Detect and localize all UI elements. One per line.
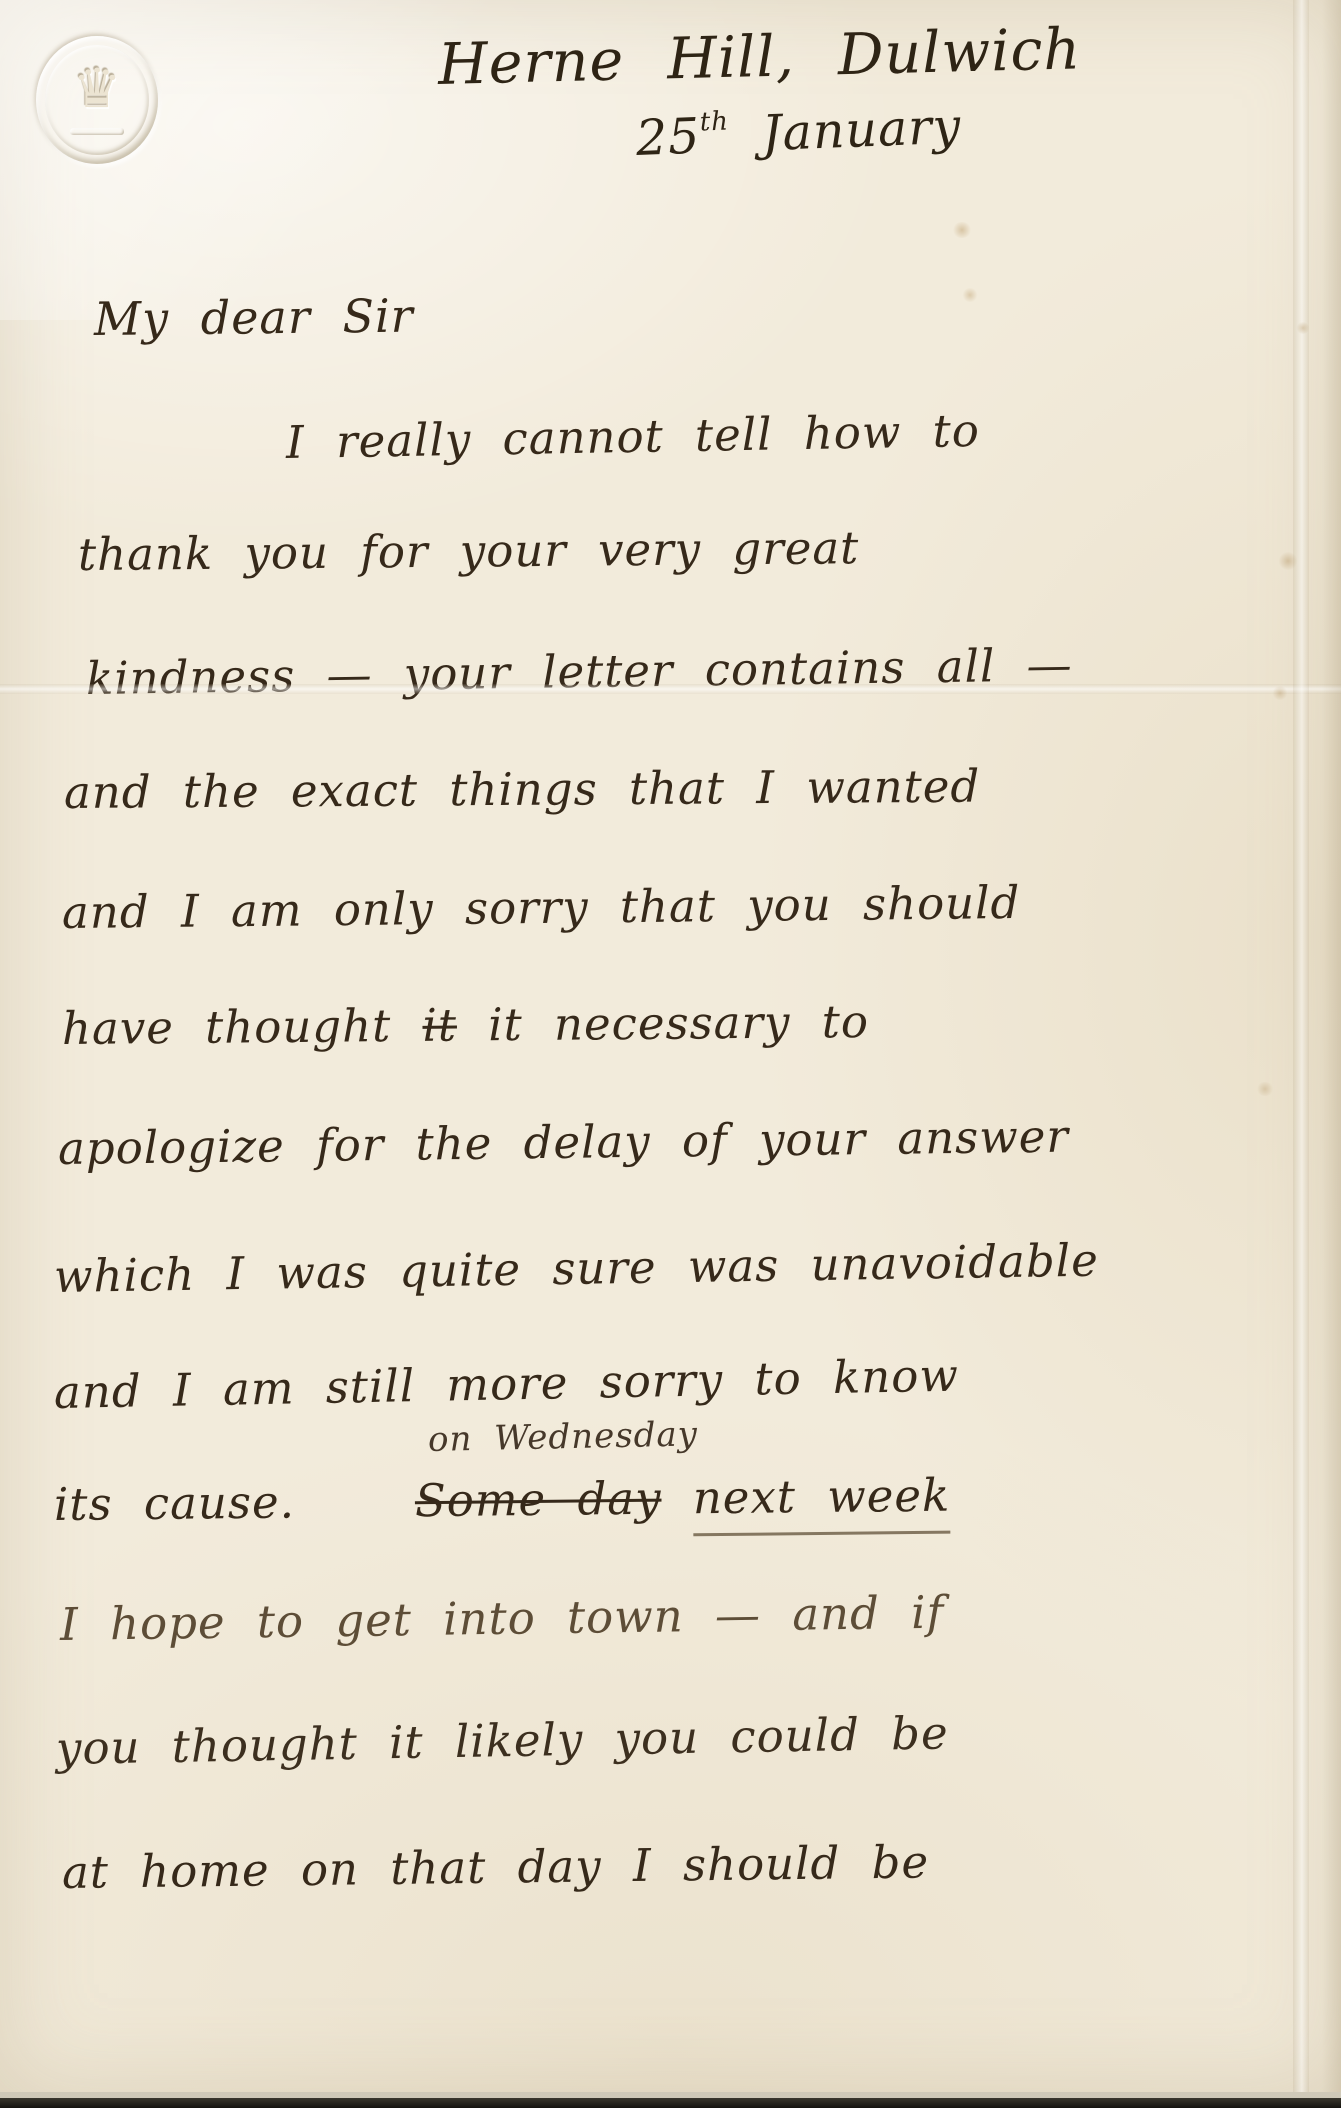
letter-line-12: you thought it likely you could be [56, 1706, 950, 1775]
foxing-spot [1296, 322, 1310, 334]
date-month: January [761, 98, 962, 163]
letter-line-3: kindness — your letter contains all — [86, 638, 1073, 705]
line-text: have thought [62, 999, 423, 1055]
line-text: it necessary to [457, 995, 869, 1052]
line-text: its cause. [54, 1475, 295, 1531]
foxing-spot [1256, 1082, 1274, 1096]
letter-line-7: apologize for the delay of your answer [58, 1110, 1070, 1175]
letter-line-11: I hope to get into town — and if [60, 1586, 945, 1651]
right-edge-shading [1322, 0, 1341, 2092]
letter-line-8: which I was quite sure was unavoidable [54, 1234, 1100, 1303]
foxing-spot [1272, 686, 1288, 700]
letter-line-6: have thought it it necessary to [62, 995, 869, 1055]
letter-line-5: and I am only sorry that you should [62, 876, 1021, 939]
letter-line-1: I really cannot tell how to [286, 404, 981, 469]
struck-word: it [422, 999, 457, 1052]
vertical-fold-crease [1293, 0, 1309, 2092]
crown-icon: ♛ [36, 62, 158, 116]
embossed-seal: ♛ [36, 36, 158, 164]
salutation: My dear Sir [94, 289, 414, 346]
foxing-spot [1278, 552, 1298, 570]
letter-paper: ♛ Herne Hill, Dulwich 25th January My de… [0, 0, 1341, 2092]
letter-line-9: and I am still more sorry to know [53, 1349, 959, 1419]
letter-line-13: at home on that day I should be [62, 1835, 930, 1899]
struck-phrase: Some day [415, 1472, 662, 1528]
letter-line-10: its cause.Some day next week [54, 1469, 951, 1531]
scan-background-strip [0, 2098, 1341, 2108]
seal-banner [70, 128, 124, 135]
date-line: 25th January [635, 98, 962, 167]
underlined-phrase: next week [693, 1469, 951, 1537]
letter-line-4: and the exact things that I wanted [64, 760, 981, 819]
address-line: Herne Hill, Dulwich [437, 16, 1082, 98]
interlinear-insertion: on Wednesday [428, 1414, 699, 1460]
letter-line-2: thank you for your very great [78, 521, 860, 581]
date-ordinal: th [699, 106, 729, 137]
foxing-spot [962, 288, 978, 302]
date-day: 25 [635, 108, 702, 167]
foxing-spot [952, 222, 972, 238]
